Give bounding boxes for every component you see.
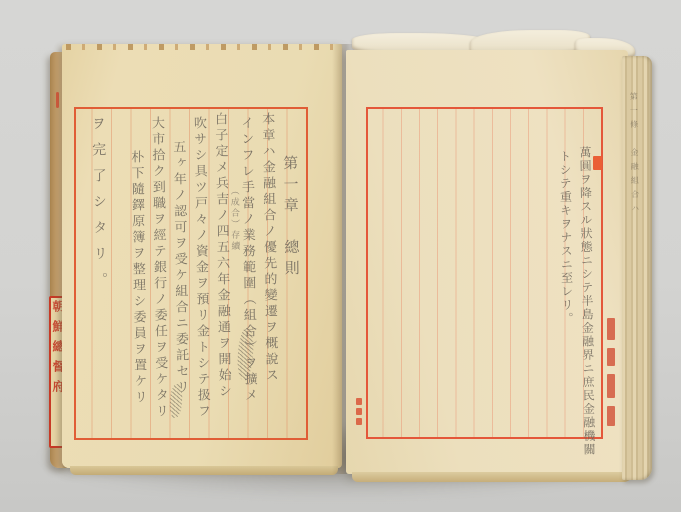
red-ink-streak	[56, 92, 59, 108]
handwritten-column: 白子定メ兵吉ノ四五六年金融通ヲ開始シ	[213, 112, 230, 400]
right-page: 萬圓ヲ降スル狀態ニシテ半島金融界ニ庶民金融機關トシテ重キヲナスニ至レリ。	[346, 50, 628, 474]
left-page: 第一章 總則本章ハ金融組合ノ優先的變遷ヲ概說スインフレ手當ノ業務範圍（組合）ヲ擴…	[62, 44, 342, 468]
red-edge-text-fragment	[607, 348, 615, 366]
handwritten-column: 朴下隨鐸原簿ヲ整理シ委員ヲ置ケリ	[129, 150, 146, 406]
red-edge-text-fragment	[607, 406, 615, 426]
chapter-heading-column: 第一章 總則	[282, 155, 299, 281]
left-page-bottom-stack	[70, 466, 338, 475]
handwritten-column: 本章ハ金融組合ノ優先的變遷ヲ概說ス	[260, 112, 277, 384]
left-handwriting-layer: 第一章 總則本章ハ金融組合ノ優先的變遷ヲ概說スインフレ手當ノ業務範圍（組合）ヲ擴…	[62, 44, 342, 468]
right-page-bottom-stack	[352, 472, 632, 482]
closing-column: ヲ完了シタリ。	[91, 116, 108, 298]
manuscript-photo: 朝鮮總督府 第一章 總則本章ハ金融組合ノ優先的變遷ヲ概說スインフレ手當ノ業務範圍…	[0, 0, 681, 512]
handwritten-column: 吹サシ具ツ戸々ノ資金ヲ預リ金トシテ扱フ	[192, 116, 209, 420]
fore-edge-fragment: 第一條 金融組合ハ	[629, 92, 639, 218]
interlinear-annotation: （成合）存續	[229, 186, 239, 252]
handwritten-column: トシテ重キヲナスニ至レリ。	[559, 150, 573, 326]
fore-edge-page-stack: 第一條 金融組合ハ	[622, 56, 652, 480]
right-handwriting-layer: 萬圓ヲ降スル狀態ニシテ半島金融界ニ庶民金融機關トシテ重キヲナスニ至レリ。	[346, 50, 628, 474]
red-edge-text-fragment	[607, 374, 615, 398]
handwritten-column: 大市拾ク到職ヲ經テ銀行ノ委任ヲ受ケタリ	[150, 116, 167, 420]
red-edge-text-fragment	[607, 318, 615, 340]
handwritten-column: 萬圓ヲ降スル狀態ニシテ半島金融界ニ庶民金融機關	[579, 146, 595, 457]
handwritten-column: 五ヶ年ノ認可ヲ受ケ組合ニ委託セリ	[171, 140, 188, 396]
